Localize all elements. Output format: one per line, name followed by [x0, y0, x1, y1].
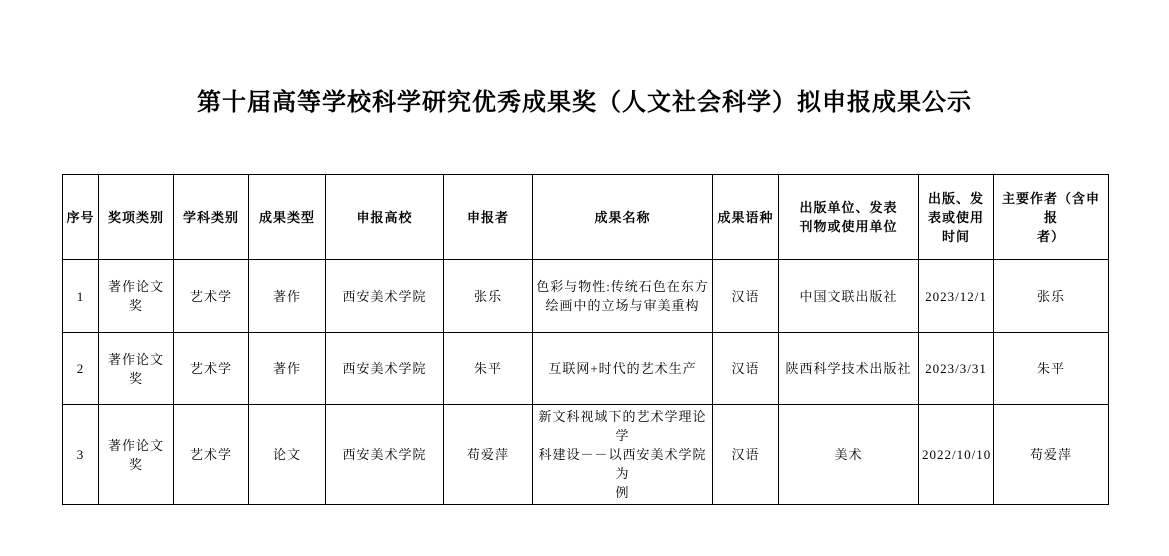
header-discipline: 学科类别 [174, 175, 249, 260]
header-achievement-type: 成果类型 [249, 175, 326, 260]
cell-publish-date: 2022/10/10 [919, 405, 994, 505]
cell-discipline: 艺术学 [174, 405, 249, 505]
cell-university: 西安美术学院 [326, 333, 444, 405]
cell-achievement-type: 论文 [249, 405, 326, 505]
header-award-category: 奖项类别 [99, 175, 174, 260]
header-university: 申报高校 [326, 175, 444, 260]
cell-achievement-name: 新文科视域下的艺术学理论学 科建设－－以西安美术学院为 例 [533, 405, 713, 505]
cell-language: 汉语 [713, 260, 779, 333]
page-title: 第十届高等学校科学研究优秀成果奖（人文社会科学）拟申报成果公示 [0, 82, 1169, 117]
cell-applicant: 朱平 [444, 333, 533, 405]
cell-achievement-name: 色彩与物性:传统石色在东方 绘画中的立场与审美重构 [533, 260, 713, 333]
cell-publisher: 陕西科学技术出版社 [779, 333, 919, 405]
cell-discipline: 艺术学 [174, 333, 249, 405]
cell-applicant: 苟爱萍 [444, 405, 533, 505]
cell-award-category: 著作论文奖 [99, 260, 174, 333]
cell-publisher: 中国文联出版社 [779, 260, 919, 333]
table-header-row: 序号 奖项类别 学科类别 成果类型 申报高校 申报者 成果名称 成果语种 出版单… [63, 175, 1109, 260]
cell-achievement-name: 互联网+时代的艺术生产 [533, 333, 713, 405]
document-page: 第十届高等学校科学研究优秀成果奖（人文社会科学）拟申报成果公示 序号 奖项类别 … [0, 0, 1169, 556]
header-applicant: 申报者 [444, 175, 533, 260]
cell-main-authors: 张乐 [994, 260, 1109, 333]
header-main-authors: 主要作者（含申报 者） [994, 175, 1109, 260]
cell-award-category: 著作论文奖 [99, 405, 174, 505]
cell-university: 西安美术学院 [326, 260, 444, 333]
cell-main-authors: 苟爱萍 [994, 405, 1109, 505]
header-publisher: 出版单位、发表 刊物或使用单位 [779, 175, 919, 260]
cell-achievement-type: 著作 [249, 333, 326, 405]
cell-achievement-type: 著作 [249, 260, 326, 333]
header-serial: 序号 [63, 175, 99, 260]
cell-applicant: 张乐 [444, 260, 533, 333]
cell-main-authors: 朱平 [994, 333, 1109, 405]
cell-award-category: 著作论文奖 [99, 333, 174, 405]
table-row: 1 著作论文奖 艺术学 著作 西安美术学院 张乐 色彩与物性:传统石色在东方 绘… [63, 260, 1109, 333]
cell-university: 西安美术学院 [326, 405, 444, 505]
cell-discipline: 艺术学 [174, 260, 249, 333]
cell-serial: 2 [63, 333, 99, 405]
cell-publisher: 美术 [779, 405, 919, 505]
header-language: 成果语种 [713, 175, 779, 260]
cell-language: 汉语 [713, 405, 779, 505]
cell-serial: 1 [63, 260, 99, 333]
table-row: 3 著作论文奖 艺术学 论文 西安美术学院 苟爱萍 新文科视域下的艺术学理论学 … [63, 405, 1109, 505]
header-achievement-name: 成果名称 [533, 175, 713, 260]
cell-publish-date: 2023/12/1 [919, 260, 994, 333]
cell-serial: 3 [63, 405, 99, 505]
table-row: 2 著作论文奖 艺术学 著作 西安美术学院 朱平 互联网+时代的艺术生产 汉语 … [63, 333, 1109, 405]
header-publish-date: 出版、发 表或使用 时间 [919, 175, 994, 260]
cell-publish-date: 2023/3/31 [919, 333, 994, 405]
cell-language: 汉语 [713, 333, 779, 405]
results-table: 序号 奖项类别 学科类别 成果类型 申报高校 申报者 成果名称 成果语种 出版单… [62, 174, 1109, 505]
